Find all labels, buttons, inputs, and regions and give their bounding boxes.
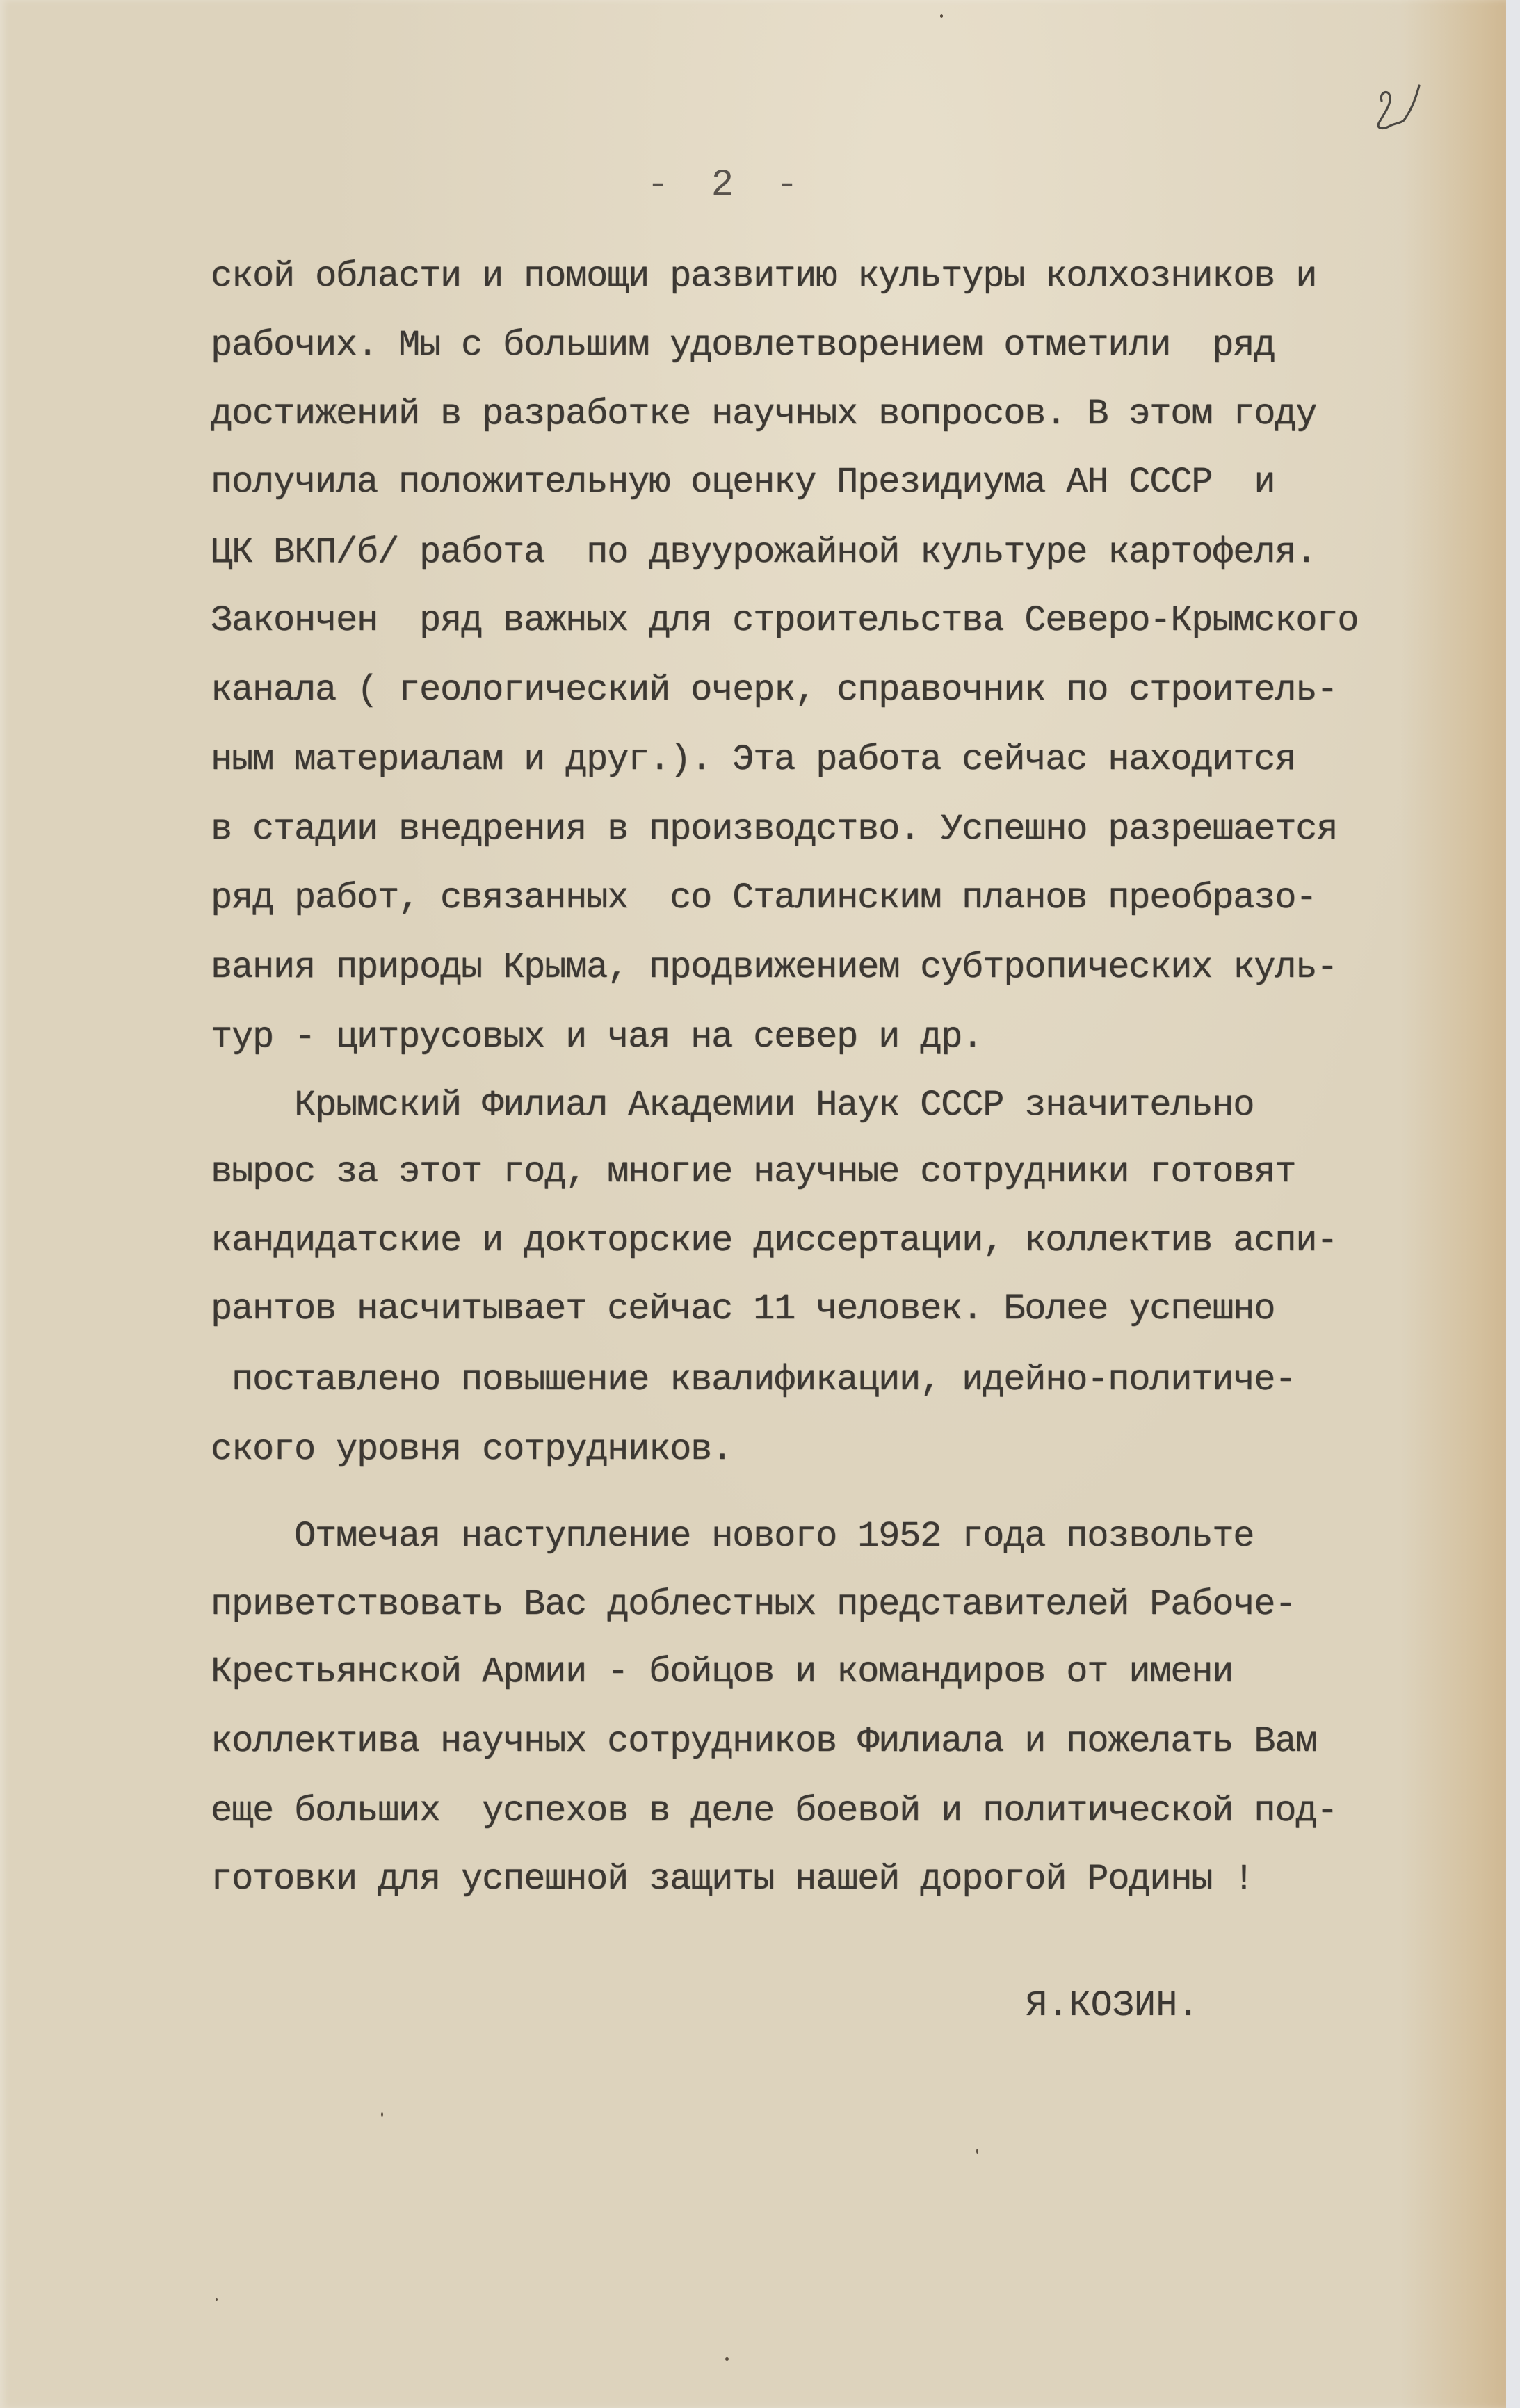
body-line: вырос за этот год, многие научные сотруд…	[211, 1152, 1295, 1193]
body-line: ряд работ, связанных со Сталинским плано…	[211, 878, 1316, 919]
body-line: коллектива научных сотрудников Филиала и…	[211, 1721, 1316, 1763]
body-line: Крестьянской Армии - бойцов и командиров…	[211, 1651, 1233, 1693]
body-line: рабочих. Мы с большим удовлетворением от…	[211, 325, 1275, 366]
paper-speck	[381, 2112, 383, 2117]
body-line: ского уровня сотрудников.	[211, 1429, 732, 1471]
paper-speck	[976, 2149, 978, 2154]
paper-speck	[725, 2357, 729, 2361]
body-line: в стадии внедрения в производство. Успеш…	[211, 809, 1337, 850]
body-line: поставлено повышение квалификации, идейн…	[211, 1359, 1295, 1401]
document-page: - 2 - ской области и помощи развитию кул…	[0, 0, 1506, 2408]
body-line: кандидатские и докторские диссертации, к…	[211, 1220, 1337, 1262]
body-line: вания природы Крыма, продвижением субтро…	[211, 947, 1337, 989]
handwritten-folio-mark	[1373, 80, 1436, 143]
paragraph-start-line: Отмечая наступление нового 1952 года поз…	[211, 1516, 1254, 1558]
body-line: рантов насчитывает сейчас 11 человек. Бо…	[211, 1288, 1275, 1330]
body-line: ской области и помощи развитию культуры …	[211, 256, 1316, 298]
body-line: готовки для успешной защиты нашей дорого…	[211, 1859, 1254, 1900]
body-line: Закончен ряд важных для строительства Се…	[211, 600, 1358, 642]
paragraph-start-line: Крымский Филиал Академии Наук СССР значи…	[211, 1085, 1254, 1126]
body-line: ным материалам и друг.). Эта работа сейч…	[211, 739, 1295, 781]
paper-speck	[216, 2298, 218, 2301]
body-line: достижений в разработке научных вопросов…	[211, 394, 1316, 435]
paper-speck	[940, 14, 943, 18]
signature: Я.КОЗИН.	[1026, 1985, 1199, 2026]
body-line: еще больших успехов в деле боевой и поли…	[211, 1791, 1337, 1832]
body-line: получила положительную оценку Президиума…	[211, 462, 1275, 503]
body-line: приветствовать Вас доблестных представит…	[211, 1584, 1295, 1626]
body-line: тур - цитрусовых и чая на север и др.	[211, 1017, 983, 1058]
body-line: канала ( геологический очерк, справочник…	[211, 670, 1337, 711]
body-line: ЦК ВКП/б/ работа по двуурожайной культур…	[211, 532, 1316, 574]
page-number: - 2 -	[647, 164, 808, 207]
